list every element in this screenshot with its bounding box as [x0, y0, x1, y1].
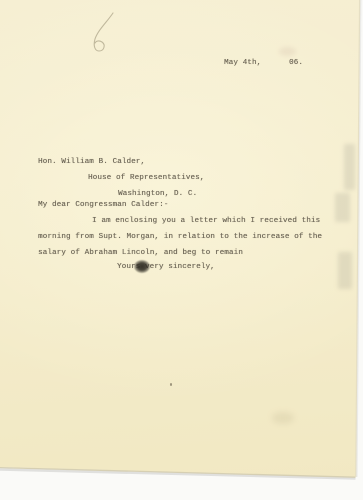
scanned-letter: May 4th, 06. Hon. William B. Calder, Hou…	[0, 0, 363, 500]
body-line-1: I am enclosing you a letter which I rece…	[92, 216, 320, 226]
recipient-line-1: Hon. William B. Calder,	[38, 157, 145, 167]
ghost-smudge	[344, 144, 355, 190]
ink-blot	[134, 260, 150, 273]
letter-date: May 4th,	[224, 58, 261, 68]
paper-stain	[272, 412, 294, 424]
ghost-smudge	[338, 252, 352, 289]
recipient-line-3: Washington, D. C.	[118, 189, 197, 199]
salutation: My dear Congressman Calder:-	[38, 200, 168, 210]
paper-speck	[170, 383, 172, 386]
body-line-2: morning from Supt. Morgan, in relation t…	[38, 232, 322, 242]
pencil-mark	[80, 5, 130, 60]
paper-stain	[279, 47, 296, 56]
letter-year: 06.	[289, 58, 303, 68]
recipient-line-2: House of Representatives,	[88, 173, 204, 183]
closing-line: Yours very sincerely,	[117, 262, 215, 272]
letter-paper: May 4th, 06. Hon. William B. Calder, Hou…	[0, 0, 363, 500]
body-line-3: salary of Abraham Lincoln, and beg to re…	[38, 248, 243, 258]
ghost-smudge	[335, 193, 350, 222]
